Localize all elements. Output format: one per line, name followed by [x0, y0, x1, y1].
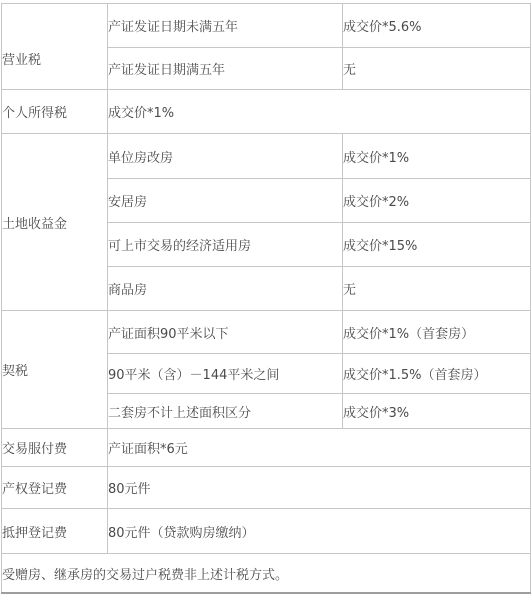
tax-category-business-tax: 营业税: [2, 4, 108, 90]
fee-category-ownership-registration: 产权登记费: [2, 467, 108, 509]
table-row: 交易服付费 产证面积*6元: [2, 429, 531, 467]
condition-cell: 二套房不计上述面积区分: [108, 394, 343, 429]
value-cell: 成交价*1%: [108, 90, 531, 134]
value-cell: 成交价*3%: [343, 394, 531, 429]
value-cell: 成交价*1%: [343, 134, 531, 179]
value-cell: 产证面积*6元: [108, 429, 531, 467]
table-row: 抵押登记费 80元件（贷款购房缴纳）: [2, 509, 531, 554]
condition-cell: 可上市交易的经济适用房: [108, 223, 343, 267]
condition-cell: 90平米（含）－144平米之间: [108, 354, 343, 394]
value-cell: 成交价*5.6%: [343, 4, 531, 48]
tax-category-land-revenue: 土地收益金: [2, 134, 108, 311]
tax-category-deed-tax: 契税: [2, 311, 108, 429]
value-cell: 无: [343, 267, 531, 311]
value-cell: 成交价*15%: [343, 223, 531, 267]
table-row: 土地收益金 单位房改房 成交价*1%: [2, 134, 531, 179]
condition-cell: 安居房: [108, 179, 343, 223]
table-row: 产权登记费 80元件: [2, 467, 531, 509]
tax-category-personal-income-tax: 个人所得税: [2, 90, 108, 134]
property-transfer-fee-table: 营业税 产证发证日期未满五年 成交价*5.6% 产证发证日期满五年 无 个人所得…: [1, 3, 531, 594]
condition-cell: 产证面积90平米以下: [108, 311, 343, 354]
condition-cell: 商品房: [108, 267, 343, 311]
fee-category-mortgage-registration: 抵押登记费: [2, 509, 108, 554]
table-row: 契税 产证面积90平米以下 成交价*1%（首套房）: [2, 311, 531, 354]
table-row: 营业税 产证发证日期未满五年 成交价*5.6%: [2, 4, 531, 48]
footnote-text: 受赠房、继承房的交易过户税费非上述计税方式。: [2, 554, 531, 594]
value-cell: 80元件（贷款购房缴纳）: [108, 509, 531, 554]
table-footnote-row: 受赠房、继承房的交易过户税费非上述计税方式。: [2, 554, 531, 594]
value-cell: 成交价*1%（首套房）: [343, 311, 531, 354]
value-cell: 80元件: [108, 467, 531, 509]
condition-cell: 产证发证日期未满五年: [108, 4, 343, 48]
value-cell: 成交价*1.5%（首套房）: [343, 354, 531, 394]
fee-category-transaction-service: 交易服付费: [2, 429, 108, 467]
condition-cell: 单位房改房: [108, 134, 343, 179]
condition-cell: 产证发证日期满五年: [108, 48, 343, 90]
value-cell: 成交价*2%: [343, 179, 531, 223]
table-row: 个人所得税 成交价*1%: [2, 90, 531, 134]
value-cell: 无: [343, 48, 531, 90]
